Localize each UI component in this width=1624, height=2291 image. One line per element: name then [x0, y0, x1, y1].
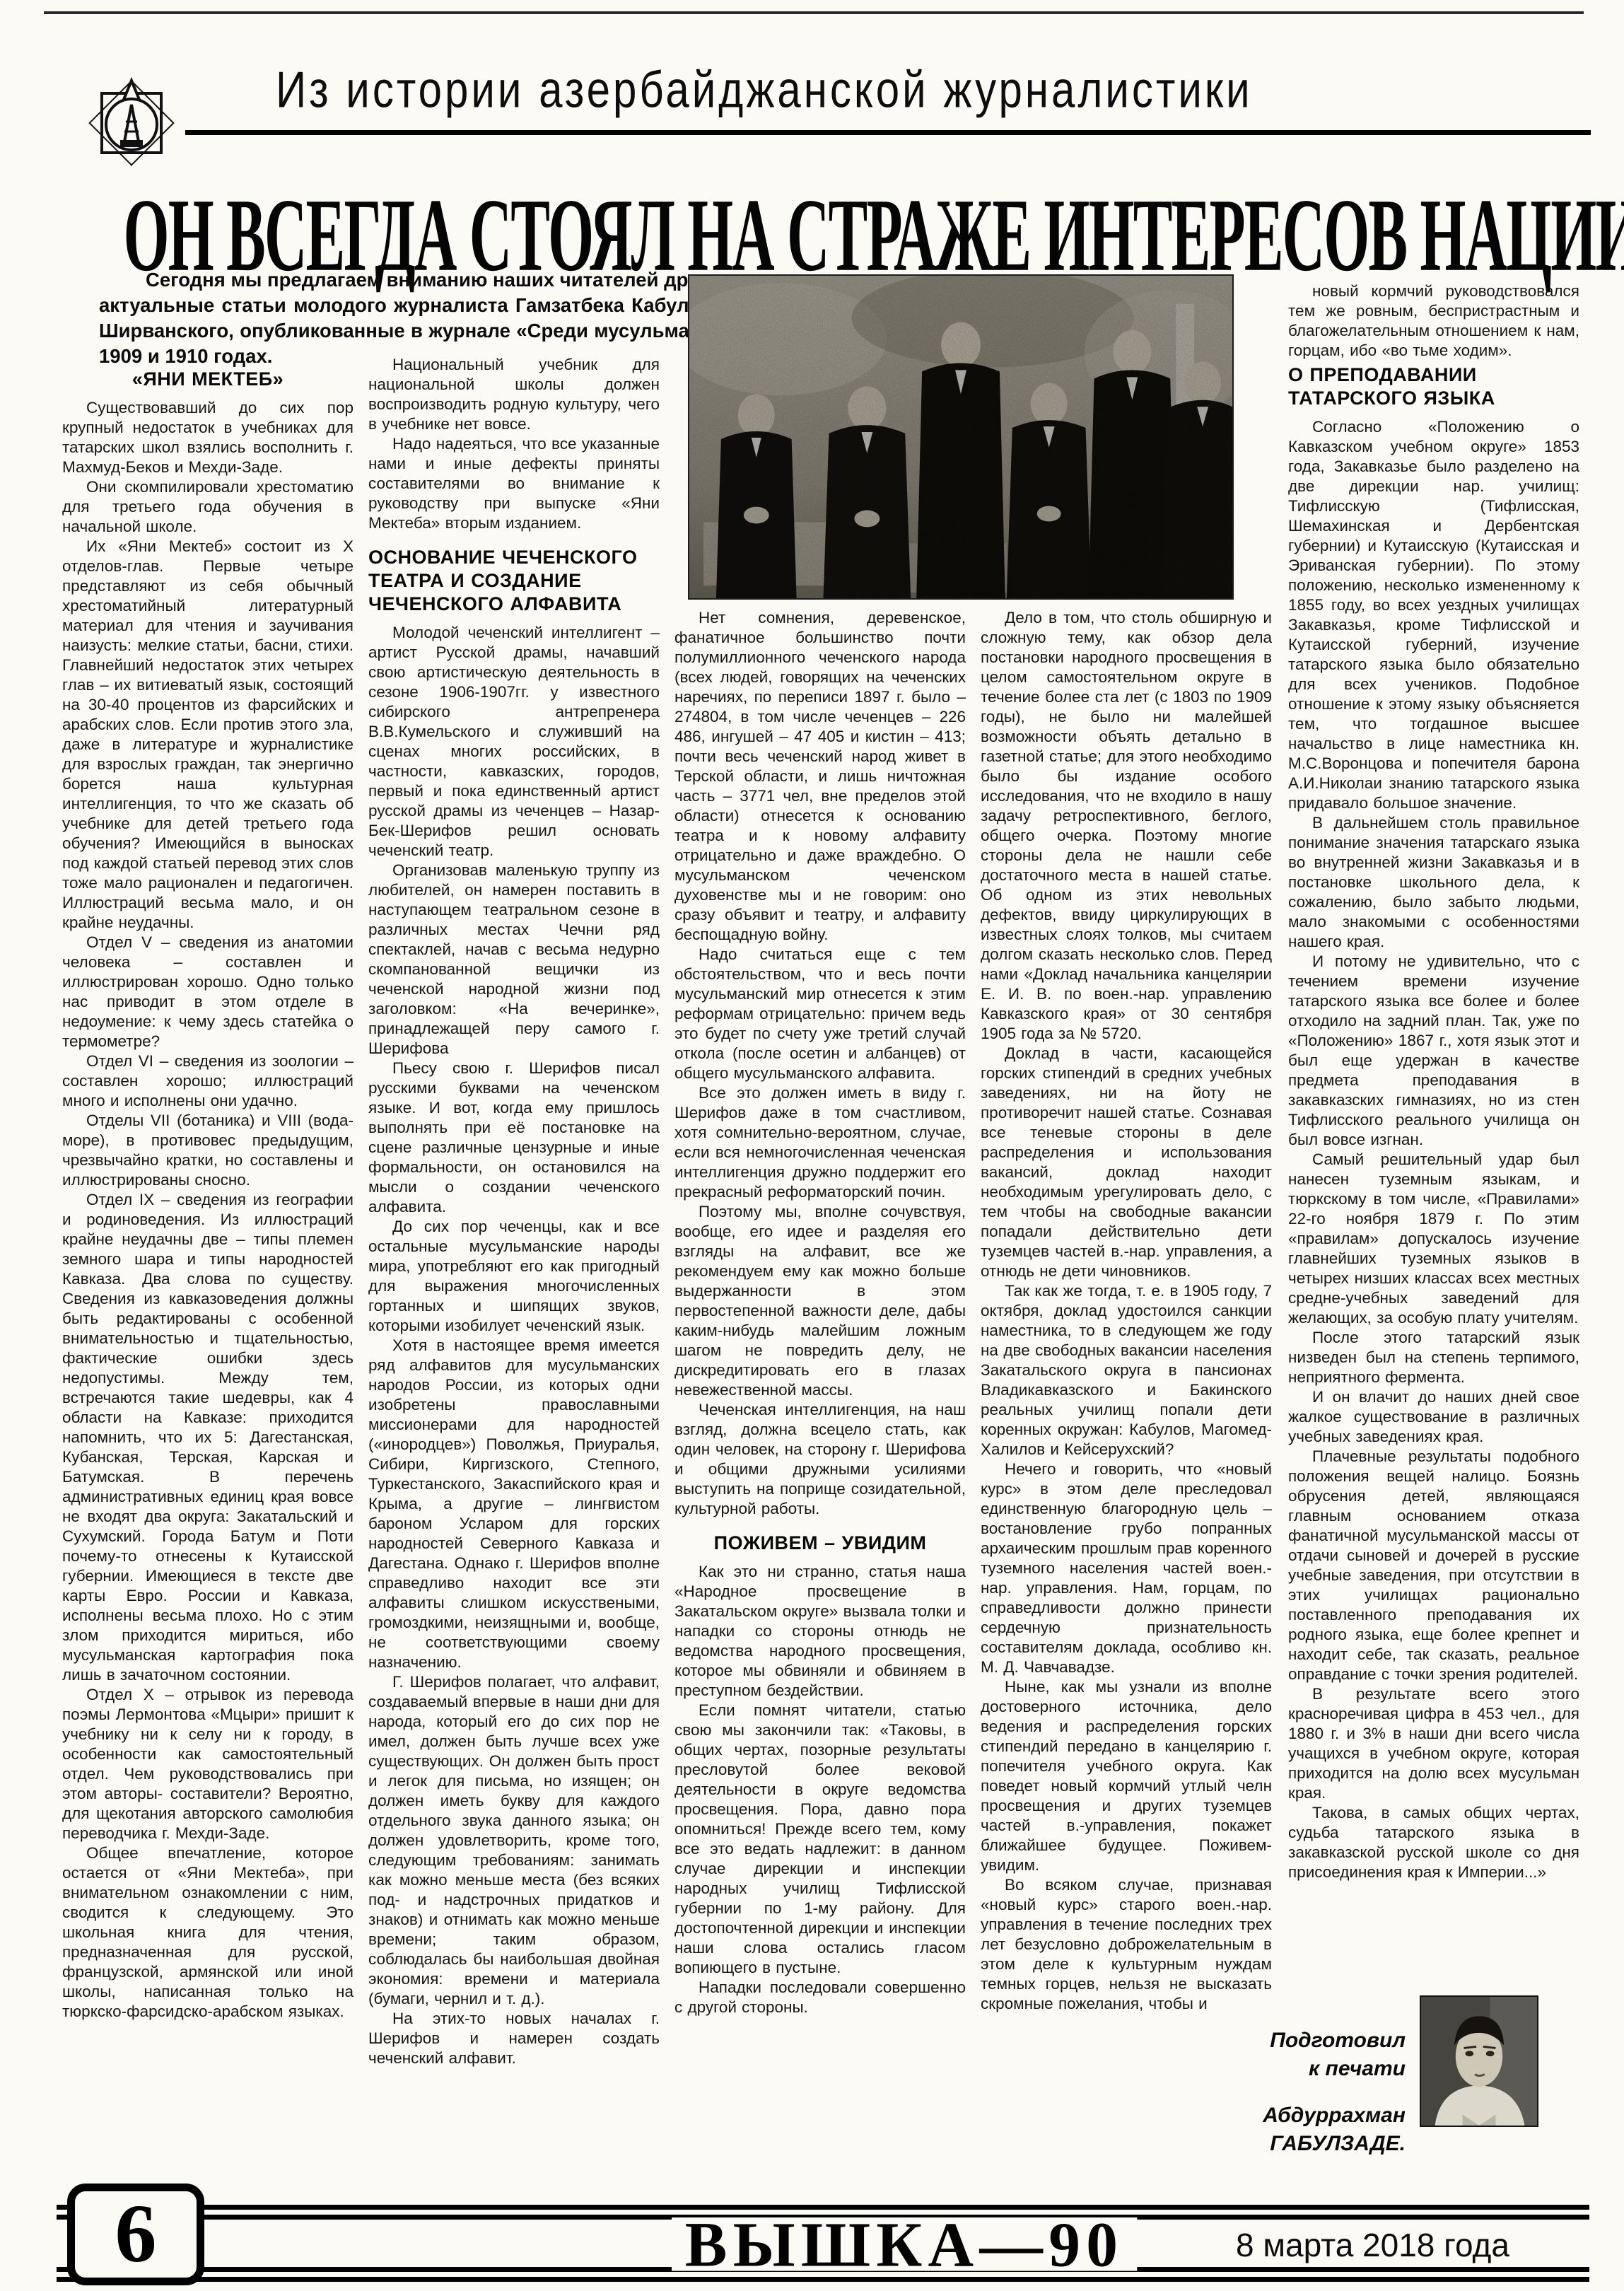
body-paragraph: Отдел X – отрывок из перевода поэмы Лерм… [62, 1685, 354, 1843]
headline-wrap: ОН ВСЕГДА СТОЯЛ НА СТРАЖЕ ИНТЕРЕСОВ НАЦИ… [0, 175, 1624, 254]
page-number: 6 [115, 2187, 157, 2280]
body-paragraph: До сих пор чеченцы, как и все остальные … [368, 1217, 660, 1336]
body-paragraph: Согласно «Положению о Кавказском учебном… [1288, 417, 1579, 813]
newspaper-emblem-icon [85, 76, 178, 170]
page-top-rule [44, 11, 1584, 14]
body-paragraph: Дело в том, что столь обширную и сложную… [981, 608, 1272, 1044]
body-paragraph: Доклад в части, касающейся горских стипе… [981, 1044, 1272, 1281]
body-paragraph: Их «Яни Мектеб» состоит из X отделов-гла… [62, 537, 354, 933]
author-portrait [1420, 1995, 1538, 2127]
body-paragraph: Отделы VII (ботаника) и VIII (вода-море)… [62, 1111, 354, 1190]
body-paragraph: На этих-то новых началах г. Шерифов и на… [368, 2009, 660, 2068]
body-paragraph: Ныне, как мы узнали из вполне достоверно… [981, 1677, 1272, 1875]
body-paragraph: Такова, в самых общих чертах, судьба тат… [1288, 1803, 1579, 1882]
body-paragraph: Существовавший до сих пор крупный недост… [62, 398, 354, 477]
credit-line: Подготовил [1123, 2027, 1406, 2055]
body-paragraph: Пьесу свою г. Шерифов писал русскими бук… [368, 1059, 660, 1217]
column-3: Нет сомнения, деревенское, фанатичное бо… [674, 608, 966, 2192]
body-paragraph: И потому не удивительно, что с течением … [1288, 952, 1579, 1150]
body-paragraph: Поэтому мы, вполне сочувствуя, вообще, е… [674, 1202, 966, 1400]
credit-gap [1123, 2083, 1406, 2101]
banner-rule [185, 130, 1591, 135]
body-paragraph: В результате всего этого красноречивая ц… [1288, 1684, 1579, 1803]
body-paragraph: Все это должен иметь в виду г. Шерифов д… [674, 1083, 966, 1202]
credit-line: к печати [1123, 2055, 1406, 2083]
newspaper-page: { "page": { "top_banner": "Из истории аз… [0, 0, 1624, 2291]
body-paragraph: Как это ни странно, статья наша «Народно… [674, 1562, 966, 1701]
body-paragraph: В дальнейшем столь правильное понимание … [1288, 813, 1579, 952]
column-1: «ЯНИ МЕКТЕБ»Существовавший до сих пор кр… [62, 365, 354, 2188]
body-paragraph: Надо считаться еще с тем обстоятельством… [674, 945, 966, 1083]
body-paragraph: После этого татарский язык низведен был … [1288, 1328, 1579, 1387]
body-paragraph: Хотя в настоящее время имеется ряд алфав… [368, 1336, 660, 1672]
group-photo [688, 274, 1234, 600]
page-number-badge: 6 [67, 2184, 204, 2285]
body-paragraph: Самый решительный удар был нанесен тузем… [1288, 1150, 1579, 1328]
body-paragraph: Молодой чеченский интеллигент – артист Р… [368, 623, 660, 861]
body-paragraph: Надо надеяться, что все указанные нами и… [368, 434, 660, 533]
body-paragraph: Так как же тогда, т. е. в 1905 году, 7 о… [981, 1281, 1272, 1459]
masthead-title: ВЫШКА—90 [672, 2217, 1137, 2271]
page-banner: Из истории азербайджанской журналистики [276, 62, 1253, 118]
body-paragraph: Организовав маленькую труппу из любителе… [368, 861, 660, 1059]
body-paragraph: Г. Шерифов полагает, что алфавит, создав… [368, 1672, 660, 2009]
issue-date: 8 марта 2018 года [1236, 2227, 1509, 2263]
body-paragraph: Если помнят читатели, статью свою мы зак… [674, 1701, 966, 1978]
body-paragraph: Чеченская интеллигенция, на наш взгляд, … [674, 1400, 966, 1519]
credit-line: Абдуррахман [1123, 2101, 1406, 2130]
body-paragraph: Отдел VI – сведения из зоологии – состав… [62, 1051, 354, 1111]
body-paragraph: И он влачит до наших дней свое жалкое су… [1288, 1387, 1579, 1447]
column-2: Национальный учебник для национальной шк… [368, 355, 660, 2188]
section-heading: ОСНОВАНИЕ ЧЕЧЕНСКОГО ТЕАТРА И СОЗДАНИЕ Ч… [368, 546, 660, 616]
section-heading: О ПРЕПОДАВАНИИ ТАТАРСКОГО ЯЗЫКА [1288, 363, 1579, 410]
intro-paragraph: Сегодня мы предлагаем вниманию наших чит… [99, 267, 730, 369]
body-paragraph: Плачевные результаты подобного положения… [1288, 1447, 1579, 1684]
body-paragraph: Национальный учебник для национальной шк… [368, 355, 660, 434]
credit-block: Подготовил к печати Абдуррахман ГАБУЛЗАД… [1123, 2027, 1406, 2158]
section-heading: ПОЖИВЕМ – УВИДИМ [674, 1532, 966, 1555]
body-paragraph: Нападки последовали совершенно с другой … [674, 1978, 966, 2017]
credit-line: ГАБУЛЗАДЕ. [1123, 2130, 1406, 2158]
body-paragraph: Они скомпилировали хрестоматию для треть… [62, 477, 354, 537]
body-paragraph: Нет сомнения, деревенское, фанатичное бо… [674, 608, 966, 945]
body-paragraph: Отдел IX – сведения из географии и родин… [62, 1190, 354, 1685]
column-4: Дело в том, что столь обширную и сложную… [981, 608, 1272, 2192]
body-paragraph: новый кормчий руководствовался тем же ро… [1288, 281, 1579, 361]
body-paragraph: Нечего и говорить, что «новый курс» в эт… [981, 1459, 1272, 1677]
body-paragraph: Отдел V – сведения из анатомии человека … [62, 933, 354, 1051]
body-paragraph: Во всяком случае, признавая «новый курс»… [981, 1875, 1272, 2014]
section-heading: «ЯНИ МЕКТЕБ» [62, 368, 354, 391]
body-paragraph: Общее впечатление, которое остается от «… [62, 1843, 354, 2022]
column-5: новый кормчий руководствовался тем же ро… [1288, 281, 1579, 2028]
